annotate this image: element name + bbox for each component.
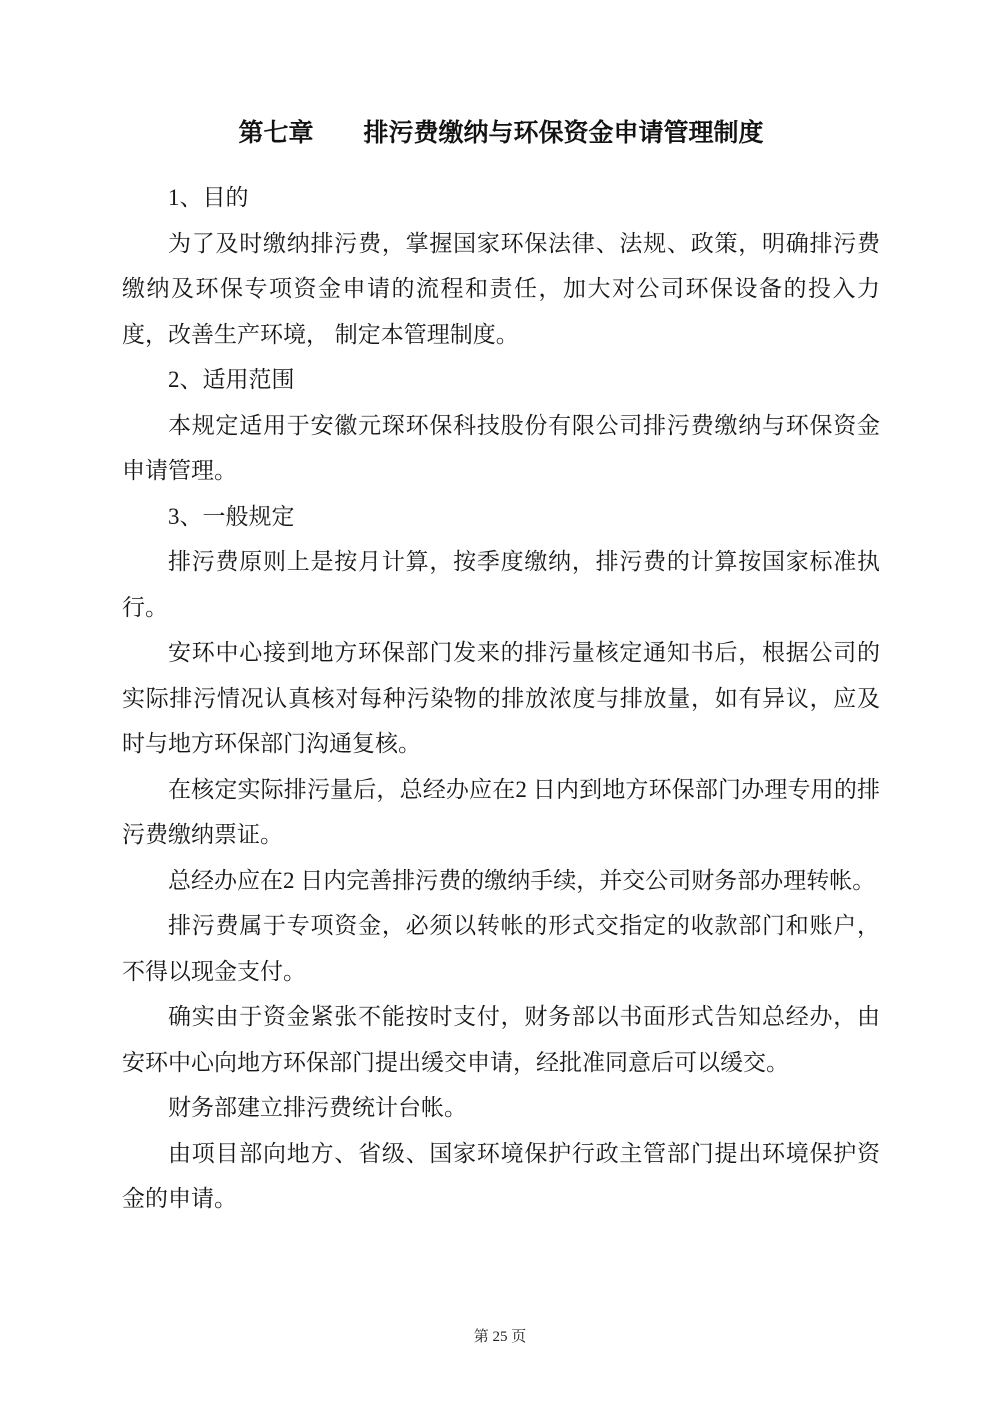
paragraph: 安环中心接到地方环保部门发来的排污量核定通知书后，根据公司的实际排污情况认真核对…: [122, 630, 880, 767]
document-content: 第七章 排污费缴纳与环保资金申请管理制度 1、目的为了及时缴纳排污费，掌握国家环…: [122, 112, 880, 1222]
chapter-title: 第七章 排污费缴纳与环保资金申请管理制度: [122, 112, 880, 154]
paragraph: 财务部建立排污费统计台帐。: [122, 1085, 880, 1131]
paragraph: 排污费属于专项资金，必须以转帐的形式交指定的收款部门和账户，不得以现金支付。: [122, 903, 880, 994]
document-page: 第七章 排污费缴纳与环保资金申请管理制度 1、目的为了及时缴纳排污费，掌握国家环…: [0, 0, 1000, 1415]
paragraph: 确实由于资金紧张不能按时支付，财务部以书面形式告知总经办，由安环中心向地方环保部…: [122, 994, 880, 1085]
section-heading: 1、目的: [122, 175, 880, 221]
paragraph: 由项目部向地方、省级、国家环境保护行政主管部门提出环境保护资金的申请。: [122, 1131, 880, 1222]
page-footer: 第 25 页: [0, 1326, 1000, 1348]
page-number: 第 25 页: [474, 1329, 527, 1345]
paragraph: 为了及时缴纳排污费，掌握国家环保法律、法规、政策，明确排污费缴纳及环保专项资金申…: [122, 221, 880, 358]
paragraph: 本规定适用于安徽元琛环保科技股份有限公司排污费缴纳与环保资金申请管理。: [122, 403, 880, 494]
paragraph-list: 1、目的为了及时缴纳排污费，掌握国家环保法律、法规、政策，明确排污费缴纳及环保专…: [122, 175, 880, 1222]
section-heading: 3、一般规定: [122, 494, 880, 540]
paragraph: 排污费原则上是按月计算，按季度缴纳，排污费的计算按国家标准执行。: [122, 539, 880, 630]
paragraph: 在核定实际排污量后，总经办应在2 日内到地方环保部门办理专用的排污费缴纳票证。: [122, 767, 880, 858]
section-heading: 2、适用范围: [122, 357, 880, 403]
paragraph: 总经办应在2 日内完善排污费的缴纳手续，并交公司财务部办理转帐。: [122, 858, 880, 904]
